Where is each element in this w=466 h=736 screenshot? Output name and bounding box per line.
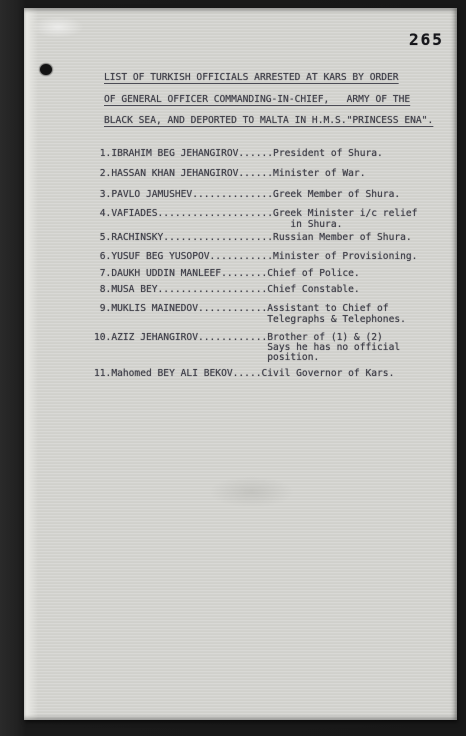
document-title-line-2: OF GENERAL OFFICER COMMANDING-IN-CHIEF, … <box>104 94 410 105</box>
paper-smudge-mark <box>209 476 294 508</box>
list-line-1: 1.IBRAHIM BEG JEHANGIROV......President … <box>94 148 383 159</box>
list-line-7: 7.DAUKH UDDIN MANLEEF........Chief of Po… <box>94 268 360 279</box>
list-line-5: 5.RACHINSKY...................Russian Me… <box>94 232 412 243</box>
list-line-6: 6.YUSUF BEG YUSOPOV...........Minister o… <box>94 251 417 262</box>
list-line-2: 2.HASSAN KHAN JEHANGIROV......Minister o… <box>94 168 365 179</box>
list-line-10-cont2: position. <box>94 352 319 363</box>
document-page: 265 LIST OF TURKISH OFFICIALS ARRESTED A… <box>24 8 457 720</box>
hole-punch-dot <box>40 64 52 75</box>
page-number: 265 <box>409 30 444 49</box>
list-line-4: 4.VAFIADES....................Greek Mini… <box>94 208 417 219</box>
list-line-4-cont: in Shura. <box>94 219 342 230</box>
list-line-8: 8.MUSA BEY...................Chief Const… <box>94 284 360 295</box>
document-title-line-1: LIST OF TURKISH OFFICIALS ARRESTED AT KA… <box>104 72 399 83</box>
paper-scuff-mark <box>32 16 84 38</box>
list-line-3: 3.PAVLO JAMUSHEV..............Greek Memb… <box>94 189 400 200</box>
scan-background: 265 LIST OF TURKISH OFFICIALS ARRESTED A… <box>0 0 466 736</box>
list-line-9-cont: Telegraphs & Telephones. <box>94 314 406 325</box>
list-line-11: 11.Mahomed BEY ALI BEKOV.....Civil Gover… <box>94 368 394 379</box>
list-line-9: 9.MUKLIS MAINEDOV............Assistant t… <box>94 303 389 314</box>
document-title-line-3: BLACK SEA, AND DEPORTED TO MALTA IN H.M.… <box>104 115 433 126</box>
